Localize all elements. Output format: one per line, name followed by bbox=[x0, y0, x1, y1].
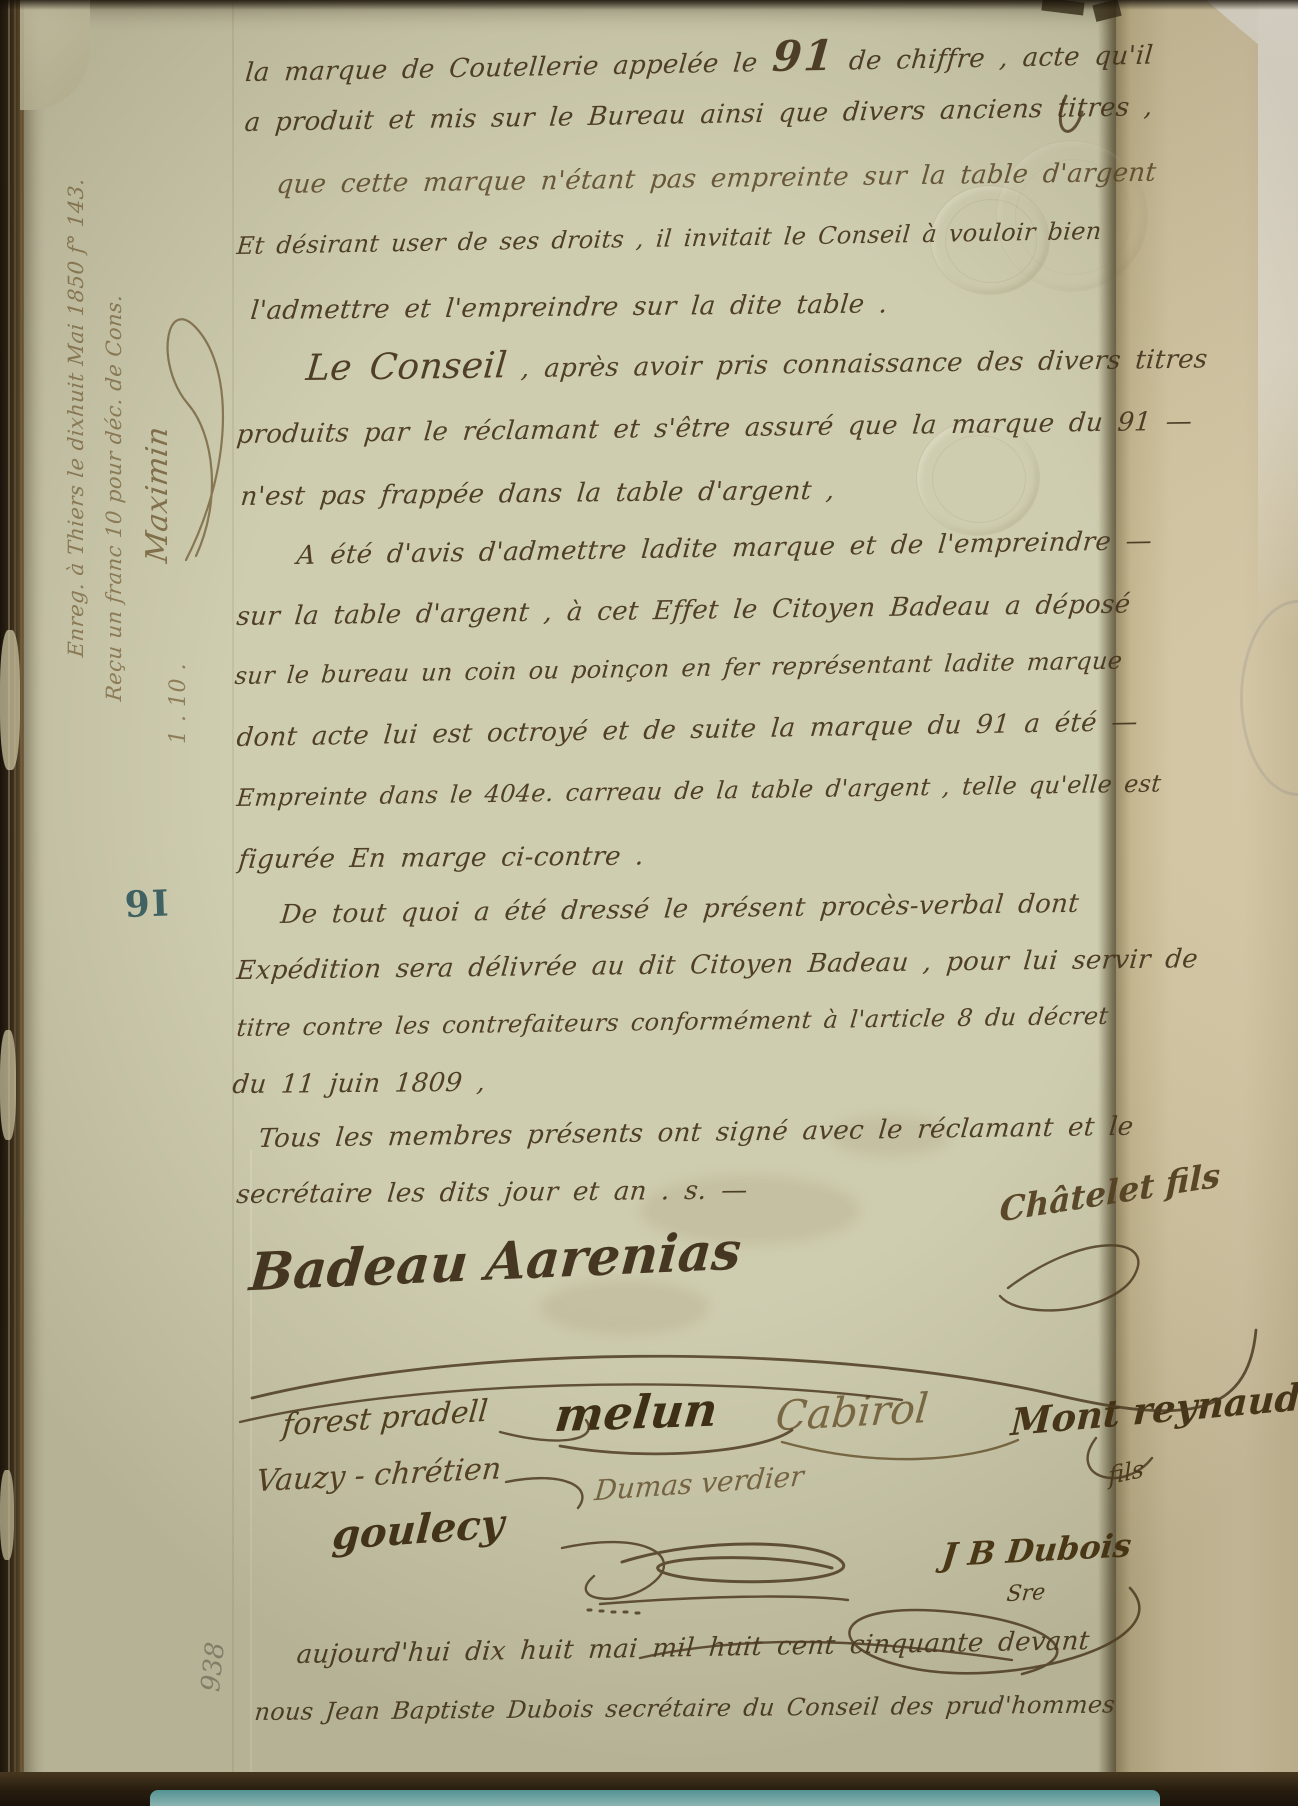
scanned-manuscript-page: { "document": { "kind": "Registre manusc… bbox=[0, 0, 1298, 1806]
embossed-seal-ring bbox=[932, 435, 1027, 524]
signature-cabirol: Cabirol bbox=[774, 1384, 931, 1440]
manuscript-line: du 11 juin 1809 , bbox=[231, 1068, 487, 1100]
page-edge-line bbox=[14, 0, 16, 1806]
photo-top-shadow bbox=[0, 0, 1298, 10]
line-text: la marque de Coutellerie appelée le bbox=[244, 48, 773, 88]
signature-jb-dubois-qualifier: Sre bbox=[1005, 1580, 1046, 1607]
mark-number: 91 bbox=[771, 31, 838, 81]
signature-melun: melun bbox=[552, 1382, 720, 1442]
line-text: de chiffre , acte qu'il bbox=[833, 41, 1154, 77]
page-edge-line bbox=[20, 0, 22, 1806]
pencil-folio-note: 938 bbox=[196, 1641, 231, 1694]
line-lead: Le Conseil bbox=[304, 345, 509, 389]
margin-fee: 1 . 10 . bbox=[166, 663, 191, 744]
backing-sheet-edge bbox=[1258, 0, 1298, 640]
page-edge-blip bbox=[0, 630, 20, 770]
mark-91-stamp: 9I bbox=[124, 882, 171, 926]
margin-registration-note: Reçu un franc 10 pour déc. de Cons. bbox=[102, 293, 126, 702]
margin-registration-note: Enreg. à Thiers le dixhuit Mai 1850 f° 1… bbox=[64, 177, 88, 658]
table-surface-sliver bbox=[150, 1790, 1160, 1806]
manuscript-line: n'est pas frappée dans la table d'argent… bbox=[239, 476, 836, 512]
page-edge-blip bbox=[0, 1470, 14, 1560]
manuscript-line: secrétaire les dits jour et an . s. — bbox=[235, 1176, 749, 1210]
margin-crease bbox=[232, 0, 234, 1788]
manuscript-line: figurée En marge ci-contre . bbox=[237, 841, 645, 875]
page-edge-blip bbox=[0, 1030, 16, 1140]
margin-clerk-signature: Maximin bbox=[140, 424, 175, 565]
